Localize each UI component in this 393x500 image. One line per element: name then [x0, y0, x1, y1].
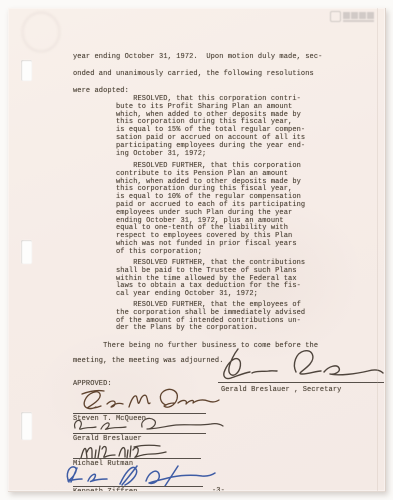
- signature-mcqueen: [74, 386, 224, 414]
- resolution-paragraph-2: RESOLVED FURTHER, that this corporation …: [116, 163, 305, 257]
- punch-hole-top: [21, 60, 32, 81]
- watermark-logo-icon: [330, 11, 341, 22]
- signature-line-breslauer: [73, 433, 206, 434]
- signature-line-mcqueen: [73, 413, 206, 414]
- signature-ziffren: [56, 461, 218, 488]
- resolution-paragraph-3: RESOLVED FURTHER, that the contributions…: [116, 260, 305, 299]
- document-page: year ending October 31, 1972. Upon motio…: [8, 8, 386, 492]
- opening-paragraph: year ending October 31, 1972. Upon motio…: [73, 49, 322, 100]
- resolution-paragraph-4: RESOLVED FURTHER, that the employees of …: [116, 302, 305, 333]
- signature-line-ziffren: [73, 486, 203, 487]
- punch-hole-bottom: [21, 412, 32, 440]
- typed-name-ziffren: Kenneth Ziffren: [73, 488, 138, 492]
- secretary-signature: [208, 346, 386, 386]
- resolution-paragraph-1: RESOLVED, that this corporation contri- …: [116, 96, 305, 158]
- secretary-caption: Gerald Breslauer , Secretary: [221, 386, 341, 394]
- watermark: [330, 11, 374, 22]
- punch-hole-middle: [21, 240, 32, 264]
- signature-line-rutman: [73, 458, 201, 459]
- pencil-smudge: [22, 12, 60, 52]
- secretary-signature-line: [218, 382, 384, 383]
- scan-background: year ending October 31, 1972. Upon motio…: [0, 0, 393, 500]
- page-number: -3-: [212, 487, 225, 492]
